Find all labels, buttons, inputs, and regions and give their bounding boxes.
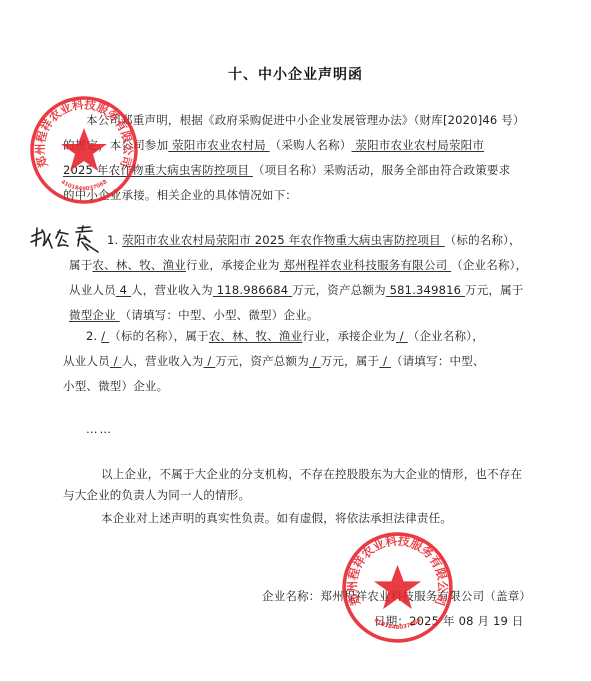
item1-line-3: 从业人员 4 人，营业收入为 118.986684 万元，资产总额为 581.3… xyxy=(69,282,524,298)
document-title: 十、中小企业声明函 xyxy=(0,64,591,84)
enterprise-type-field: 微型企业 xyxy=(69,308,120,322)
item-text: 万元，属于 xyxy=(321,354,380,368)
svg-text:4101848037068: 4101848037068 xyxy=(60,179,109,192)
item-text: （企业名称）， xyxy=(451,258,527,272)
item-text: （请填写：中型、小型、微型）企业。 xyxy=(120,308,319,322)
document-page: 十、中小企业声明函 本公司郑重声明，根据《政府采购促进中小企业发展管理办法》（财… xyxy=(0,0,591,681)
item-text: 万元，资产总额为 xyxy=(292,283,386,297)
item2-line-3: 小型、微型）企业。 xyxy=(63,378,168,394)
intro-line-1: 本公司郑重声明，根据《政府采购促进中小企业发展管理办法》（财库[2020]46 … xyxy=(86,112,525,128)
item-text: 人，营业收入为 xyxy=(131,283,213,297)
employees-field: / xyxy=(110,354,122,368)
item-text: 从业人员 xyxy=(63,354,110,368)
subject-name-field: / xyxy=(101,329,109,343)
closing-line-3: 本企业对上述声明的真实性负责。如有虚假，将依法承担法律责任。 xyxy=(101,510,452,526)
svg-text:4101848037068: 4101848037068 xyxy=(373,618,423,631)
item-text: 人，营业收入为 xyxy=(122,354,204,368)
revenue-field: / xyxy=(204,354,216,368)
employees-field: 4 xyxy=(116,283,131,297)
item-text: 万元，属于 xyxy=(465,283,524,297)
intro-text: （采购人名称） xyxy=(270,138,352,152)
item-text: （请填写：中型、 xyxy=(391,354,485,368)
item2-line-1: 2. / （标的名称），属于农、林、牧、渔业行业，承接企业为 / （企业名称）， xyxy=(86,328,484,344)
enterprise-name-field: 郑州程祥农业科技服务有限公司 xyxy=(280,258,452,272)
enterprise-type-field: / xyxy=(379,354,391,368)
handwritten-signature xyxy=(28,222,110,262)
project-name-field: 荥阳市农业农村局荥阳市 xyxy=(352,138,485,152)
item-text: （标的名称），属于 xyxy=(109,329,209,343)
item-text: （标的名称）， xyxy=(445,233,521,247)
company-seal-stamp-bottom: 郑州程祥农业科技服务有限公司 4101848037068 xyxy=(340,530,455,645)
assets-field: 581.349816 xyxy=(386,283,465,297)
company-seal-stamp-top: 郑州程祥农业科技服务有限公司 4101848037068 xyxy=(28,94,140,206)
item-text: 从业人员 xyxy=(69,283,116,297)
closing-line-1: 以上企业，不属于大企业的分支机构，不存在控股股东为大企业的情形，也不存在 xyxy=(101,466,522,482)
intro-text: （项目名称）采购活动，服务全部由符合政策要求 xyxy=(253,163,510,177)
purchaser-name-field: 荥阳市农业农村局 xyxy=(168,138,269,152)
item2-line-2: 从业人员 / 人，营业收入为 / 万元，资产总额为 / 万元，属于 / （请填写… xyxy=(63,353,485,369)
item1-line-4: 微型企业 （请填写：中型、小型、微型）企业。 xyxy=(69,307,319,323)
item-text: 小型、微型）企业。 xyxy=(63,379,168,393)
closing-line-2: 与大企业的负责人为同一人的情形。 xyxy=(63,487,250,503)
subject-name-field: 荥阳市农业农村局荥阳市 2025 年农作物重大病虫害防控项目 xyxy=(122,233,444,247)
enterprise-name-field: / xyxy=(396,329,408,343)
item-number: 2. xyxy=(86,329,101,343)
industry-field: 农、林、牧、渔业 xyxy=(209,329,303,343)
assets-field: / xyxy=(309,354,321,368)
item1-line-2: 属于农、林、牧、渔业行业，承接企业为 郑州程祥农业科技服务有限公司 （企业名称）… xyxy=(69,257,527,273)
item-text: （企业名称）， xyxy=(408,329,484,343)
company-label: 企业名称： xyxy=(262,589,321,603)
item1-line-1: 1. 荥阳市农业农村局荥阳市 2025 年农作物重大病虫害防控项目 （标的名称）… xyxy=(107,232,521,248)
revenue-field: 118.986684 xyxy=(213,283,292,297)
intro-text: 本公司郑重声明，根据《政府采购促进中小企业发展管理办法》（财库[2020]46 … xyxy=(86,113,525,127)
item-text: 万元，资产总额为 xyxy=(215,354,309,368)
ellipsis: …… xyxy=(86,422,113,436)
item-text: 行业，承接企业为 xyxy=(302,329,396,343)
item-text: 行业，承接企业为 xyxy=(186,258,280,272)
